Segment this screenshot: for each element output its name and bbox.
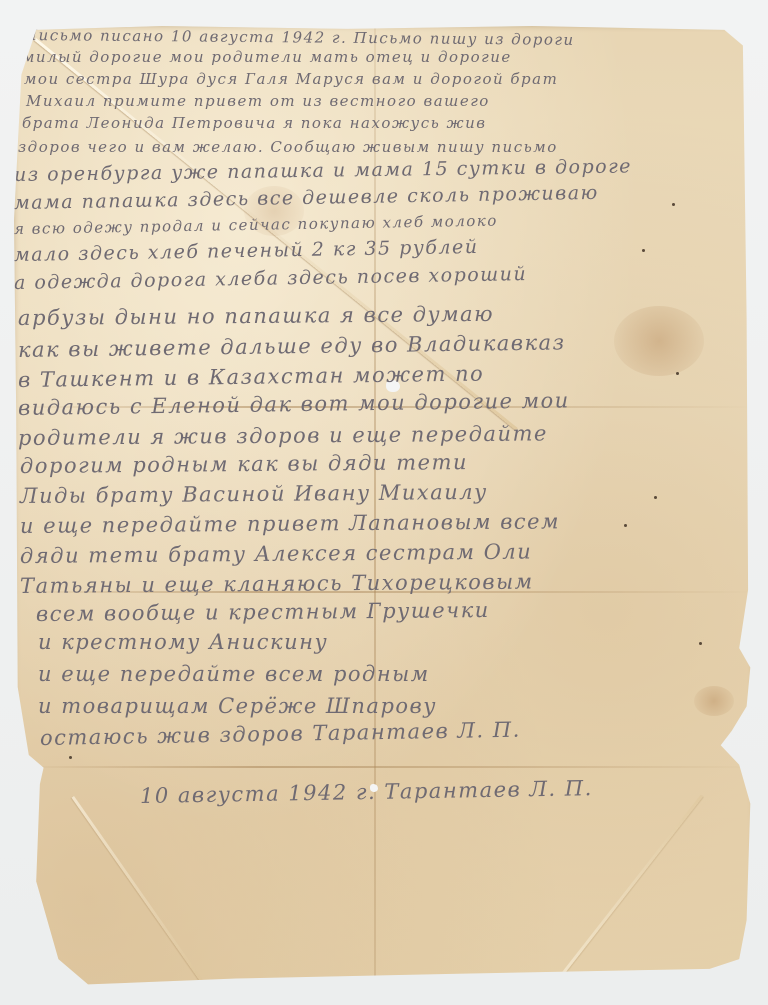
letter-line: мало здесь хлеб печеный 2 кг 35 рублей: [14, 236, 479, 266]
letter-line: всем вообще и крестным Грушечки: [36, 598, 490, 626]
letter-line: я всю одежу продал и сейчас покупаю хлеб…: [14, 212, 498, 238]
letter-line: и товарищам Серёже Шпарову: [38, 694, 437, 718]
scanned-letter-image: Письмо писано 10 августа 1942 г. Письмо …: [0, 0, 768, 1005]
letter-line: Михаил примите привет от из вестного ваш…: [26, 92, 490, 110]
letter-line: брата Леонида Петровича я пока нахожусь …: [22, 114, 486, 132]
ink-speck: [69, 756, 72, 759]
ink-speck: [676, 372, 679, 375]
letter-line: из оренбурга уже папашка и мама 15 сутки…: [14, 155, 632, 186]
letter-line: Татьяны и еще кланяюсь Тихорецковым: [20, 570, 534, 598]
letter-line: родители я жив здоров и еще передайте: [18, 421, 548, 450]
ink-speck: [624, 524, 627, 527]
letter-line-signature: 10 августа 1942 г. Тарантаев Л. П.: [140, 776, 593, 808]
letter-line: как вы живете дальше еду во Владикавказ: [18, 330, 566, 362]
letter-line: Письмо писано 10 августа 1942 г. Письмо …: [24, 26, 575, 49]
stain: [614, 306, 704, 376]
letter-line: милый дорогие мои родители мать отец и д…: [22, 48, 512, 66]
letter-line: дяди тети брату Алексея сестрам Оли: [20, 540, 532, 568]
letter-line: видаюсь с Еленой дак вот мои дорогие мои: [18, 388, 570, 420]
letter-line: Лиды брату Васиной Ивану Михаилу: [20, 480, 488, 508]
letter-line: а одежда дорога хлеба здесь посев хороши…: [14, 263, 528, 294]
letter-line: здоров чего и вам желаю. Сообщаю живым п…: [18, 138, 558, 156]
letter-line: остаюсь жив здоров Тарантаев Л. П.: [40, 718, 521, 750]
ink-speck: [699, 642, 702, 645]
ink-speck: [672, 203, 675, 206]
ink-speck: [642, 249, 645, 252]
letter-line: арбузы дыни но папашка я все думаю: [18, 302, 494, 330]
fold-line-diagonal: [559, 795, 703, 978]
letter-line: мои сестра Шура дуся Галя Маруся вам и д…: [24, 70, 558, 88]
letter-line: и крестному Анискину: [38, 630, 328, 654]
letter-line: дорогим родным как вы дяди тети: [20, 450, 468, 478]
aged-paper-sheet: Письмо писано 10 августа 1942 г. Письмо …: [14, 26, 754, 998]
stain: [694, 686, 734, 716]
ink-speck: [654, 496, 657, 499]
letter-line: в Ташкент и в Казахстан может по: [18, 361, 485, 392]
letter-line: и еще передайте всем родным: [38, 662, 430, 686]
fold-line-horizontal: [14, 766, 754, 768]
fold-line-diagonal: [72, 796, 206, 986]
letter-line: мама папашка здесь все дешевле сколь про…: [14, 182, 599, 214]
letter-line: и еще передайте привет Лапановым всем: [20, 509, 560, 538]
